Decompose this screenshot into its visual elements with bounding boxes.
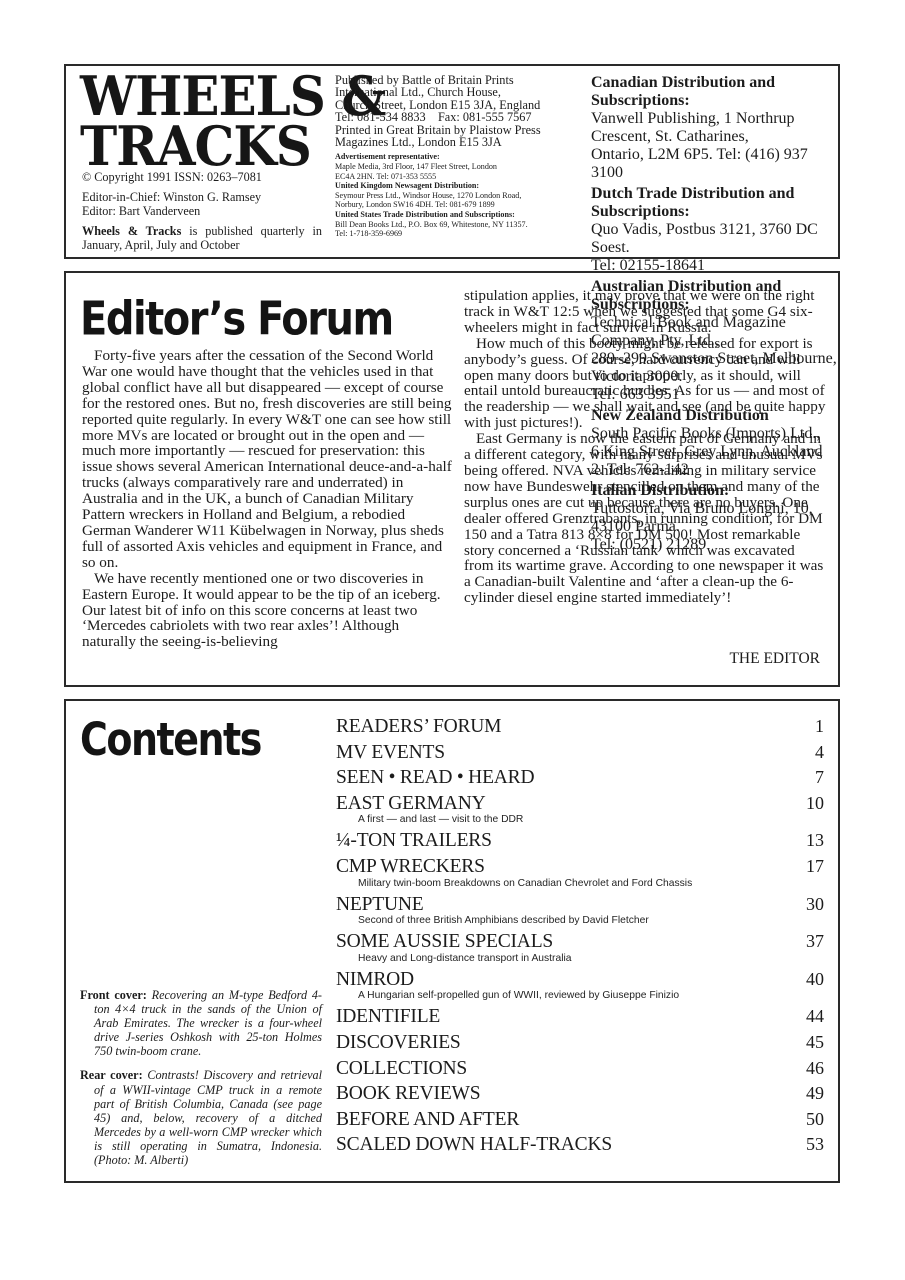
forum-paragraph: East Germany is now the eastern part of … [464,431,828,606]
toc-entry[interactable]: NEPTUNE30Second of three British Amphibi… [336,894,824,932]
toc-entry-page: 13 [806,830,824,851]
toc-entry-title: READERS’ FORUM [336,716,501,738]
toc-entry[interactable]: DISCOVERIES45 [336,1032,824,1058]
toc-entry[interactable]: COLLECTIONS46 [336,1058,824,1084]
toc-entry-page: 40 [806,969,824,990]
toc-entry-title: NEPTUNE [336,894,423,916]
toc-entry-title: SEEN • READ • HEARD [336,767,534,789]
toc-entry[interactable]: BOOK REVIEWS49 [336,1083,824,1109]
toc-entry-title: BEFORE AND AFTER [336,1109,519,1131]
rear-cover-caption: Rear cover: Contrasts! Discovery and ret… [80,1068,322,1167]
toc-entry-subtitle: A first — and last — visit to the DDR [336,815,824,830]
toc-entry[interactable]: MV EVENTS4 [336,742,824,768]
forum-paragraph: We have recently mentioned one or two di… [82,571,452,651]
publication-schedule: Wheels & Tracks is published quarterly i… [82,224,322,252]
editor: Editor: Bart Vanderveen [82,204,200,218]
toc-entry-page: 4 [815,742,824,763]
toc-entry[interactable]: READERS’ FORUM1 [336,716,824,742]
toc-entry[interactable]: SEEN • READ • HEARD7 [336,767,824,793]
editor-in-chief: Editor-in-Chief: Winston G. Ramsey [82,190,261,204]
contents-heading: Contents [80,713,261,766]
publication-name: Wheels & Tracks [82,224,181,238]
distribution-block-middle: Advertisement representative: Maple Medi… [335,152,585,238]
toc-entry[interactable]: NIMROD40A Hungarian self-propelled gun o… [336,969,824,1007]
copyright-line: © Copyright 1991 ISSN: 0263–7081 [82,170,322,184]
front-cover-caption: Front cover: Recovering an M-type Bedfor… [80,988,322,1058]
toc-entry-title: MV EVENTS [336,742,445,764]
toc-entry[interactable]: SCALED DOWN HALF-TRACKS53 [336,1134,824,1160]
toc-entry-title: BOOK REVIEWS [336,1083,480,1105]
toc-entry-title: IDENTIFILE [336,1006,440,1028]
dutch-distribution: Dutch Trade Distribution and Subscriptio… [591,185,837,275]
table-of-contents: READERS’ FORUM1MV EVENTS4SEEN • READ • H… [336,716,824,1160]
uk-distribution: United Kingdom Newsagent Distribution: S… [335,181,585,210]
toc-entry-page: 44 [806,1006,824,1027]
toc-entry-title: NIMROD [336,969,414,991]
toc-entry[interactable]: IDENTIFILE44 [336,1006,824,1032]
forum-heading: Editor’s Forum [80,293,393,346]
forum-column-1: Forty-five years after the cessation of … [82,348,452,650]
toc-entry-subtitle: A Hungarian self-propelled gun of WWII, … [336,991,824,1006]
toc-entry-page: 50 [806,1109,824,1130]
toc-entry-title: DISCOVERIES [336,1032,461,1054]
toc-entry-page: 45 [806,1032,824,1053]
toc-entry-title: SCALED DOWN HALF-TRACKS [336,1134,612,1156]
toc-entry-page: 49 [806,1083,824,1104]
toc-entry-page: 7 [815,767,824,788]
advert-rep: Advertisement representative: Maple Medi… [335,152,585,181]
toc-entry-page: 30 [806,894,824,915]
editors: Editor-in-Chief: Winston G. Ramsey Edito… [82,190,322,218]
forum-paragraph: stipulation applies, it may prove that w… [464,288,828,336]
toc-entry-page: 46 [806,1058,824,1079]
masthead-credits: © Copyright 1991 ISSN: 0263–7081 Editor-… [82,170,322,258]
toc-entry-subtitle: Second of three British Amphibians descr… [336,916,824,931]
toc-entry-page: 37 [806,931,824,952]
toc-entry[interactable]: CMP WRECKERS17Military twin-boom Breakdo… [336,856,824,894]
toc-entry[interactable]: ¼-TON TRAILERS13 [336,830,824,856]
editor-signoff: THE EDITOR [729,650,820,668]
contents-box: Contents READERS’ FORUM1MV EVENTS4SEEN •… [64,699,840,1183]
toc-entry-subtitle: Military twin-boom Breakdowns on Canadia… [336,879,824,894]
canadian-distribution: Canadian Distribution and Subscriptions:… [591,74,837,182]
toc-entry[interactable]: SOME AUSSIE SPECIALS37Heavy and Long-dis… [336,931,824,969]
publisher-info: Published by Battle of Britain Prints In… [335,74,585,239]
forum-paragraph: Forty-five years after the cessation of … [82,348,452,571]
publisher-address: Published by Battle of Britain Prints In… [335,74,585,148]
forum-paragraph: How much of this booty might be released… [464,336,828,431]
toc-entry-page: 10 [806,793,824,814]
toc-entry-title: CMP WRECKERS [336,856,485,878]
toc-entry-title: COLLECTIONS [336,1058,467,1080]
toc-entry-page: 17 [806,856,824,877]
forum-column-2: stipulation applies, it may prove that w… [464,288,828,606]
editors-forum-box: Editor’s Forum Forty-five years after th… [64,271,840,687]
toc-entry-subtitle: Heavy and Long-distance transport in Aus… [336,954,824,969]
toc-entry-page: 53 [806,1134,824,1155]
toc-entry-title: SOME AUSSIE SPECIALS [336,931,553,953]
us-distribution: United States Trade Distribution and Sub… [335,210,585,239]
toc-entry[interactable]: EAST GERMANY10A first — and last — visit… [336,793,824,831]
cover-captions: Front cover: Recovering an M-type Bedfor… [80,988,322,1177]
toc-entry-page: 1 [815,716,824,737]
toc-entry-title: ¼-TON TRAILERS [336,830,492,852]
toc-entry-title: EAST GERMANY [336,793,485,815]
masthead-box: WHEELS & TRACKS © Copyright 1991 ISSN: 0… [64,64,840,259]
toc-entry[interactable]: BEFORE AND AFTER50 [336,1109,824,1135]
